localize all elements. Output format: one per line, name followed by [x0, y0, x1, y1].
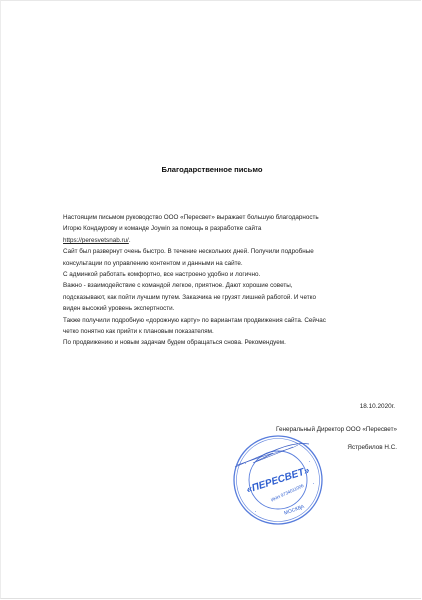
letter-date: 18.10.2020г. [360, 403, 395, 410]
body-line: Сайт был развернут очень быстро. В течен… [63, 246, 393, 257]
website-link[interactable]: https://peresvetsnab.ru/ [63, 237, 129, 244]
body-line: Важно - взаимодействие с командой легкое… [63, 280, 393, 291]
body-line: По продвижению и новым задачам будем обр… [63, 337, 393, 348]
signature-icon [233, 441, 313, 471]
letter-title: Благодарственное письмо [1, 165, 422, 174]
letter-page: Благодарственное письмо Настоящим письмо… [0, 0, 421, 599]
body-line: Также получили подробную «дорожную карту… [63, 315, 393, 326]
link-line: https://peresvetsnab.ru/. [63, 235, 393, 246]
body-line: Настоящим письмом руководство ООО «Перес… [63, 212, 393, 223]
link-suffix: . [129, 237, 131, 244]
body-line: С админкой работать комфортно, все настр… [63, 269, 393, 280]
body-line: четко понятно как прийти к плановым пока… [63, 326, 393, 337]
signatory-name: Ястребилов Н.С. [347, 444, 397, 451]
letter-body: Настоящим письмом руководство ООО «Перес… [63, 212, 393, 349]
body-line: виден высокий уровень экспертности. [63, 303, 393, 314]
body-line: Игорю Кондаурову и команде Joywin за пом… [63, 223, 393, 234]
svg-text:МОСКВА: МОСКВА [283, 504, 305, 517]
signatory-position: Генеральный Директор ООО «Пересвет» [276, 426, 397, 433]
body-line: консультации по управлению контентом и д… [63, 258, 393, 269]
body-line: подсказывают, как пойти лучшим путем. За… [63, 292, 393, 303]
